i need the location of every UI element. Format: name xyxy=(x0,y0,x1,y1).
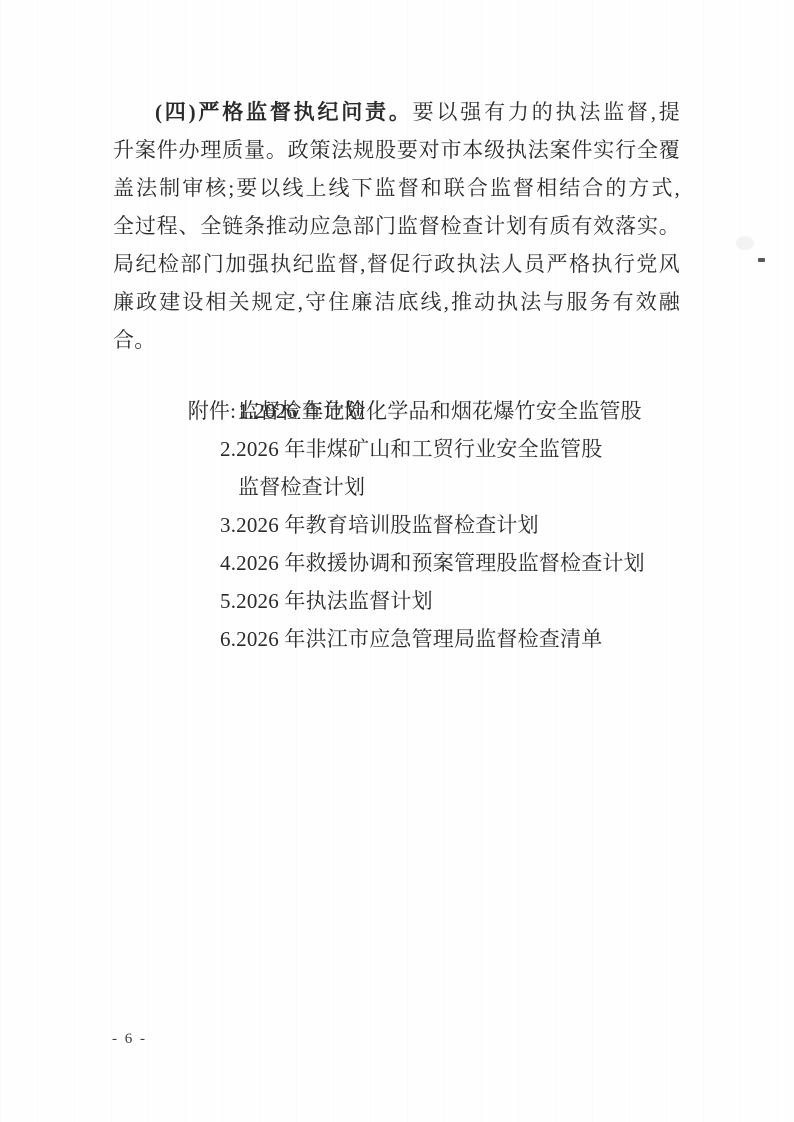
paragraph-line: 全过程、全链条推动应急部门监督检查计划有质有效落实。 xyxy=(113,207,680,245)
paragraph-line: (四)严格监督执纪问责。要以强有力的执法监督,提 xyxy=(113,93,680,131)
section-heading: (四)严格监督执纪问责。 xyxy=(155,100,413,124)
attachments-list: 附件:1.2026 年危险化学品和烟花爆竹安全监管股 监督检查计划 2.2026… xyxy=(155,354,645,658)
scan-speck-artifact xyxy=(758,258,765,262)
paragraph-line: 升案件办理质量。政策法规股要对市本级执法案件实行全覆 xyxy=(113,131,680,169)
attachment-item: 3.2026 年教育培训股监督检查计划 xyxy=(155,506,645,544)
attachment-item: 6.2026 年洪江市应急管理局监督检查清单 xyxy=(155,620,645,658)
section-paragraph: (四)严格监督执纪问责。要以强有力的执法监督,提 升案件办理质量。政策法规股要对… xyxy=(113,93,680,359)
paragraph-line: 盖法制审核;要以线上线下监督和联合监督相结合的方式, xyxy=(113,169,680,207)
paragraph-line: 局纪检部门加强执纪监督,督促行政执法人员严格执行党风 xyxy=(113,245,680,283)
scan-smudge-artifact xyxy=(736,236,754,250)
attachment-item-continuation: 监督检查计划 xyxy=(155,468,645,506)
attachment-item: 2.2026 年非煤矿山和工贸行业安全监管股 xyxy=(155,430,645,468)
paragraph-line: 廉政建设相关规定,守住廉洁底线,推动执法与服务有效融 xyxy=(113,283,680,321)
attachment-item: 5.2026 年执法监督计划 xyxy=(155,582,645,620)
paragraph-text: 要以强有力的执法监督,提 xyxy=(413,100,680,124)
document-page: (四)严格监督执纪问责。要以强有力的执法监督,提 升案件办理质量。政策法规股要对… xyxy=(0,0,794,1122)
attachment-item: 附件:1.2026 年危险化学品和烟花爆竹安全监管股 xyxy=(155,354,645,392)
page-number: - 6 - xyxy=(112,1031,147,1048)
attachments-label: 附件: xyxy=(188,399,236,423)
attachment-item: 4.2026 年救援协调和预案管理股监督检查计划 xyxy=(155,544,645,582)
